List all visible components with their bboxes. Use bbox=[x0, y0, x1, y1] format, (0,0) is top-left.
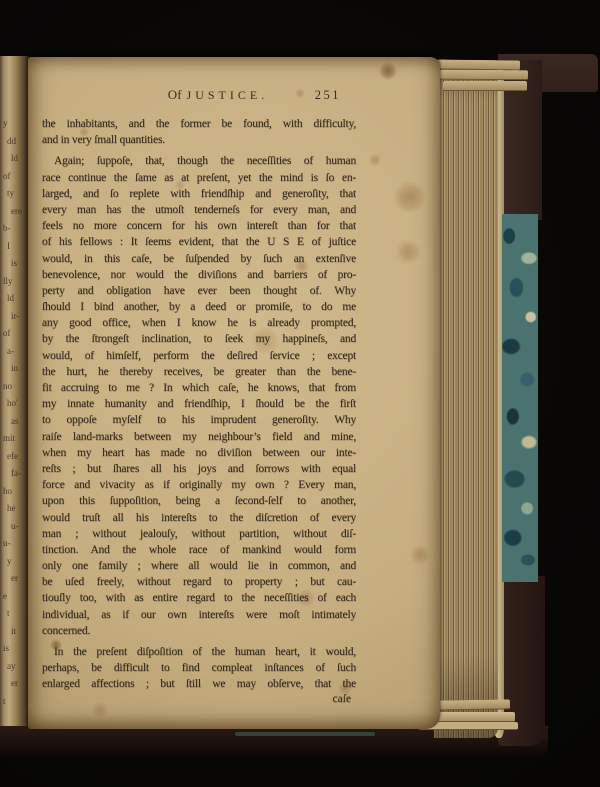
text-line: perty and obligation have ever been thou… bbox=[42, 283, 356, 299]
previous-page-text-fragment: of bbox=[3, 328, 11, 338]
text-line: of his fellows : It ſeems evident, that … bbox=[42, 234, 356, 250]
previous-page-text-fragment: fa- bbox=[11, 468, 21, 478]
text-line: would, in this caſe, be ſuſpended by ſuc… bbox=[42, 251, 356, 267]
fore-edge-page-block bbox=[434, 60, 498, 738]
text-line: upon this ſuppoſition, being a ſecond-ſe… bbox=[42, 493, 356, 509]
previous-page-text-fragment: ir- bbox=[11, 311, 19, 321]
running-header-row: OfJUSTICE. 251 bbox=[41, 87, 357, 105]
previous-page-text-fragment: ay bbox=[7, 661, 16, 671]
previous-page-text-fragment: ld bbox=[7, 293, 14, 303]
previous-page-text-fragment: efe bbox=[7, 451, 18, 461]
text-line: tinction. And the whole race of mankind … bbox=[42, 542, 356, 558]
text-line: man ; without jealouſy, without partitio… bbox=[42, 526, 356, 542]
previous-page-edge: yddldoftyereb-Iisllyldir-ofa-innoho'asmi… bbox=[0, 56, 29, 726]
text-line: concerned. bbox=[42, 623, 356, 639]
text-line: the inhabitants, and the former be found… bbox=[42, 116, 356, 132]
previous-page-text-fragment: mit bbox=[3, 433, 15, 443]
previous-page-text-fragment: y bbox=[7, 556, 12, 566]
text-line: to oppoſe myſelf to his imprudent genero… bbox=[42, 412, 356, 428]
text-line: perhaps, be difficult to find compleat i… bbox=[42, 660, 356, 676]
foxing-spot bbox=[394, 181, 426, 213]
previous-page-text-fragment: t bbox=[3, 696, 6, 706]
previous-page-text-fragment: is bbox=[11, 258, 17, 268]
page-corner-edge bbox=[430, 699, 510, 710]
previous-page-text-fragment: u- bbox=[11, 521, 19, 531]
page-corner-edge bbox=[440, 70, 528, 81]
text-line: benevolence, nor would the diviſions and… bbox=[42, 267, 356, 283]
text-line: In the preſent diſpoſition of the human … bbox=[42, 644, 356, 660]
previous-page-text-fragment: ld bbox=[11, 153, 18, 163]
previous-page-text-fragment: e bbox=[3, 591, 7, 601]
text-line: every man has the utmoſt tenderneſs for … bbox=[42, 202, 356, 218]
previous-page-text-fragment: I bbox=[7, 241, 10, 251]
previous-page-text-fragment: u- bbox=[3, 538, 11, 548]
paragraph: Again; ſuppoſe, that, though the neceſſi… bbox=[42, 153, 356, 639]
text-line: only one family ; where all would lie in… bbox=[42, 558, 356, 574]
foxing-spot bbox=[379, 62, 397, 80]
text-line: by the ſtrongeſt inclination, to ſeek my… bbox=[42, 331, 356, 347]
text-line: individual, as if our own intereſts were… bbox=[42, 607, 356, 623]
paragraph: the inhabitants, and the former be found… bbox=[42, 116, 356, 148]
marbled-endpaper bbox=[502, 214, 538, 582]
text-line: and in very ſmall quantities. bbox=[42, 132, 356, 148]
previous-page-text-fragment: no bbox=[3, 381, 12, 391]
text-line: be uſed freely, without regard to proper… bbox=[42, 574, 356, 590]
text-line: feels no more concern for his own intere… bbox=[42, 218, 356, 234]
text-line: fit accruing to me ? In which caſe, he k… bbox=[42, 380, 356, 396]
text-line: any good office, when I know he is alrea… bbox=[42, 315, 356, 331]
text-line: enlarged affections ; but ſtill we may o… bbox=[42, 676, 356, 692]
header-of: Of bbox=[168, 87, 182, 102]
text-line: my innate humanity and friendſhip, I ſho… bbox=[42, 396, 356, 412]
text-line: Again; ſuppoſe, that, though the neceſſi… bbox=[42, 153, 356, 169]
text-line: would, of himſelf, perform the deſired ſ… bbox=[42, 348, 356, 364]
paragraph: In the preſent diſpoſition of the human … bbox=[42, 644, 356, 693]
previous-page-text-fragment: er bbox=[11, 573, 18, 583]
foxing-spot bbox=[410, 545, 430, 565]
foxing-spot bbox=[396, 240, 420, 264]
previous-page-text-fragment: dd bbox=[7, 136, 16, 146]
photo-background: yddldoftyereb-Iisllyldir-ofa-innoho'asmi… bbox=[0, 0, 600, 787]
previous-page-text-fragment: ho' bbox=[7, 398, 18, 408]
previous-page-text-fragment: as bbox=[11, 416, 19, 426]
text-line: ſhould I bind another, by a deed or prom… bbox=[42, 299, 356, 315]
previous-page-text-fragment: b- bbox=[3, 223, 11, 233]
book-page: OfJUSTICE. 251 the inhabitants, and the … bbox=[28, 57, 440, 729]
previous-page-text-fragment: of bbox=[3, 171, 11, 181]
text-line: race continue the ſame as at preſent, ye… bbox=[42, 170, 356, 186]
page-number: 251 bbox=[315, 88, 341, 103]
previous-page-text-fragment: lly bbox=[3, 276, 13, 286]
foxing-spot bbox=[369, 154, 381, 166]
running-header: OfJUSTICE. bbox=[168, 87, 268, 103]
text-line: raiſe land-marks between my neighbour’s … bbox=[42, 429, 356, 445]
previous-page-text-fragment: is bbox=[3, 643, 9, 653]
text-line: the hurt, he thereby receives, be greate… bbox=[42, 364, 356, 380]
previous-page-text-fragment: a- bbox=[7, 346, 14, 356]
text-line: reſts ; but ſhares all his joys and ſorr… bbox=[42, 461, 356, 477]
previous-page-text-fragment: t bbox=[7, 608, 10, 618]
previous-page-text-fragment: he bbox=[7, 503, 16, 513]
text-line: larged, and ſo replete with friendſhip a… bbox=[42, 186, 356, 202]
text-line: when my heart has made no diviſion betwe… bbox=[42, 445, 356, 461]
previous-page-text-fragment: ere bbox=[11, 206, 22, 216]
text-line: tiouſly too, with as entire regard to th… bbox=[42, 590, 356, 606]
marbled-paper-sliver bbox=[235, 732, 375, 736]
previous-page-text-fragment: in bbox=[11, 363, 18, 373]
previous-page-text-fragment: er bbox=[11, 678, 18, 688]
previous-page-text-fragment: it bbox=[11, 626, 16, 636]
catchword: caſe bbox=[42, 693, 356, 705]
previous-page-text-fragment: ty bbox=[7, 188, 14, 198]
previous-page-text-fragment: ho bbox=[3, 486, 12, 496]
text-line: would truſt all his intereſts to the diſ… bbox=[42, 510, 356, 526]
previous-page-text-fragment: y bbox=[3, 118, 8, 128]
page-corner-edge bbox=[443, 81, 527, 91]
text-line: force and vivacity as if originally my o… bbox=[42, 477, 356, 493]
page-body-text: the inhabitants, and the former be found… bbox=[42, 116, 356, 698]
header-justice: JUSTICE. bbox=[187, 88, 269, 102]
